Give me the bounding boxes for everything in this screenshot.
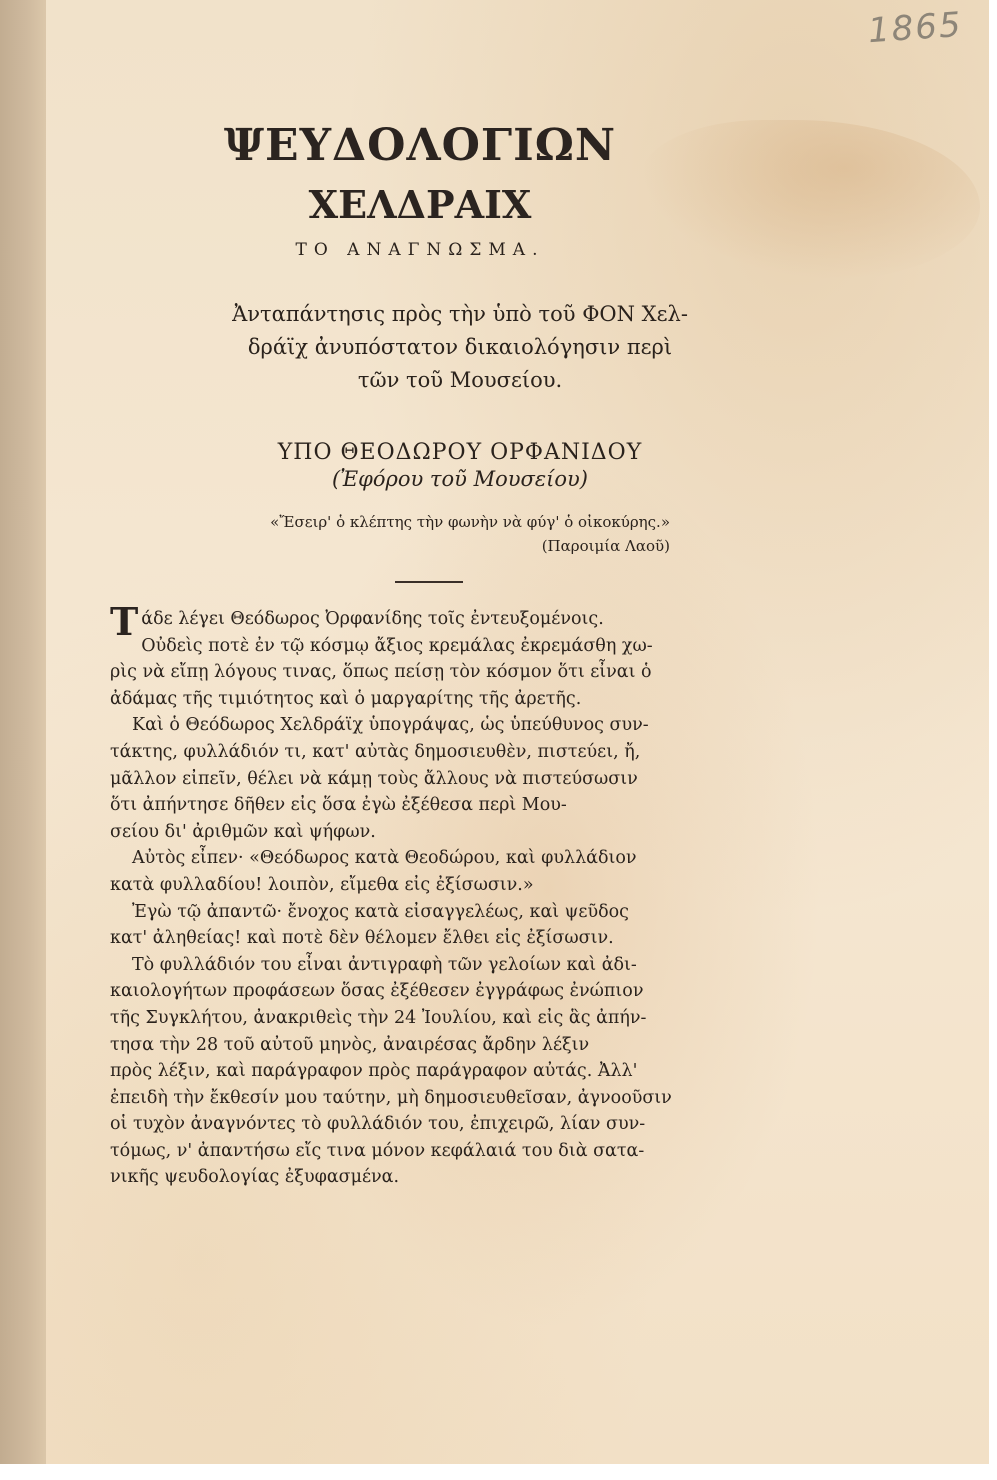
epigraph-quote: «Ἔσειρ' ὁ κλέπτης τὴν φωνὴν νὰ φύγ' ὁ οἰ… <box>170 510 670 534</box>
text-line: ρὶς νὰ εἴπῃ λόγους τινας, ὅπως πείσῃ τὸν… <box>110 659 742 686</box>
text-line: τόμως, ν' ἀπαντήσω εἴς τινα μόνον κεφάλα… <box>110 1138 742 1165</box>
epigraph: «Ἔσειρ' ὁ κλέπτης τὴν φωνὴν νὰ φύγ' ὁ οἰ… <box>170 510 670 558</box>
paragraph: Οὐδεὶς ποτὲ ἐν τῷ κόσμῳ ἄξιος κρεμάλας ἐ… <box>110 633 742 713</box>
text-line: κατ' ἀληθείας! καὶ ποτὲ δὲν θέλομεν ἔλθε… <box>110 925 742 952</box>
text-line: ἀδάμας τῆς τιμιότητος καὶ ὁ μαργαρίτης τ… <box>110 686 742 713</box>
dropcap: Τ <box>110 608 138 636</box>
text-line: Οὐδεὶς ποτὲ ἐν τῷ κόσμῳ ἄξιος κρεμάλας ἐ… <box>110 633 742 660</box>
text-line: άδε λέγει Θεόδωρος Ὀρφανίδης τοῖς ἐντευξ… <box>141 609 604 629</box>
paragraph: Τάδε λέγει Θεόδωρος Ὀρφανίδης τοῖς ἐντευ… <box>110 606 742 633</box>
page-edge-right <box>989 0 997 1480</box>
binding-stain <box>0 0 46 1465</box>
pencil-year-annotation: 1865 <box>867 5 964 51</box>
page-edge-bottom <box>0 1464 997 1480</box>
text-line: ὅτι ἀπήντησε δῆθεν εἰς ὅσα ἐγὼ ἐξέθεσα π… <box>110 792 742 819</box>
text-line: μᾶλλον εἰπεῖν, θέλει νὰ κάμῃ τοὺς ἄλλους… <box>110 766 742 793</box>
paragraph: Τὸ φυλλάδιόν του εἶναι ἀντιγραφὴ τῶν γελ… <box>110 952 742 1191</box>
paragraph: Καὶ ὁ Θεόδωρος Χελδράϊχ ὑπογράψας, ὡς ὑπ… <box>110 712 742 845</box>
paragraph: Ἐγὼ τῷ ἀπαντῶ· ἔνοχος κατὰ εἰσαγγελέως, … <box>110 899 742 952</box>
subtitle: Ἀνταπάντησις πρὸς τὴν ὑπὸ τοῦ ΦΟΝ Χελ- δ… <box>200 298 720 397</box>
subtitle-line: τῶν τοῦ Μουσείου. <box>200 364 720 397</box>
title-sub: ΧΕΛΔΡΑΙΧ <box>200 182 640 227</box>
text-line: σείου δι' ἀριθμῶν καὶ ψήφων. <box>110 819 742 846</box>
paragraph: Αὐτὸς εἶπεν· «Θεόδωρος κατὰ Θεοδώρου, κα… <box>110 845 742 898</box>
document-page: 1865 ΨΕΥΔΟΛΟΓΙΩΝ ΧΕΛΔΡΑΙΧ ΤΟ ΑΝΑΓΝΩΣΜΑ. … <box>0 0 997 1480</box>
text-line: καιολογήτων προφάσεων ὅσας ἐξέθεσεν ἐγγρ… <box>110 978 742 1005</box>
text-line: κατὰ φυλλαδίου! λοιπὸν, εἴμεθα εἰς ἐξίσω… <box>110 872 742 899</box>
title-main: ΨΕΥΔΟΛΟΓΙΩΝ <box>200 120 640 171</box>
text-line: πρὸς λέξιν, καὶ παράγραφον πρὸς παράγραφ… <box>110 1058 742 1085</box>
water-stain <box>640 120 980 280</box>
author-role: (Ἐφόρου τοῦ Μουσείου) <box>200 467 720 491</box>
text-line: Τὸ φυλλάδιόν του εἶναι ἀντιγραφὴ τῶν γελ… <box>110 952 742 979</box>
title-small: ΤΟ ΑΝΑΓΝΩΣΜΑ. <box>200 240 640 260</box>
text-line: νικῆς ψευδολογίας ἐξυφασμένα. <box>110 1164 742 1191</box>
subtitle-line: Ἀνταπάντησις πρὸς τὴν ὑπὸ τοῦ ΦΟΝ Χελ- <box>200 298 720 331</box>
text-line: ἐπειδὴ τὴν ἔκθεσίν μου ταύτην, μὴ δημοσι… <box>110 1085 742 1112</box>
text-line: Αὐτὸς εἶπεν· «Θεόδωρος κατὰ Θεοδώρου, κα… <box>110 845 742 872</box>
subtitle-line: δράϊχ ἀνυπόστατον δικαιολόγησιν περὶ <box>200 331 720 364</box>
text-line: Ἐγὼ τῷ ἀπαντῶ· ἔνοχος κατὰ εἰσαγγελέως, … <box>110 899 742 926</box>
text-line: οἱ τυχὸν ἀναγνόντες τὸ φυλλάδιόν του, ἐπ… <box>110 1111 742 1138</box>
text-line: τάκτης, φυλλάδιόν τι, κατ' αὐτὰς δημοσιε… <box>110 739 742 766</box>
author-name: ΥΠΟ ΘΕΟΔΩΡΟΥ ΟΡΦΑΝΙΔΟΥ <box>200 440 720 465</box>
body-text: Τάδε λέγει Θεόδωρος Ὀρφανίδης τοῖς ἐντευ… <box>110 606 742 1191</box>
text-line: Καὶ ὁ Θεόδωρος Χελδράϊχ ὑπογράψας, ὡς ὑπ… <box>110 712 742 739</box>
epigraph-source: (Παροιμία Λαοῦ) <box>170 534 670 558</box>
text-line: τῆς Συγκλήτου, ἀνακριθεὶς τὴν 24 Ἰουλίου… <box>110 1005 742 1032</box>
divider-rule <box>395 581 463 583</box>
text-line: τησα τὴν 28 τοῦ αὐτοῦ μηνὸς, ἀναιρέσας ἄ… <box>110 1032 742 1059</box>
